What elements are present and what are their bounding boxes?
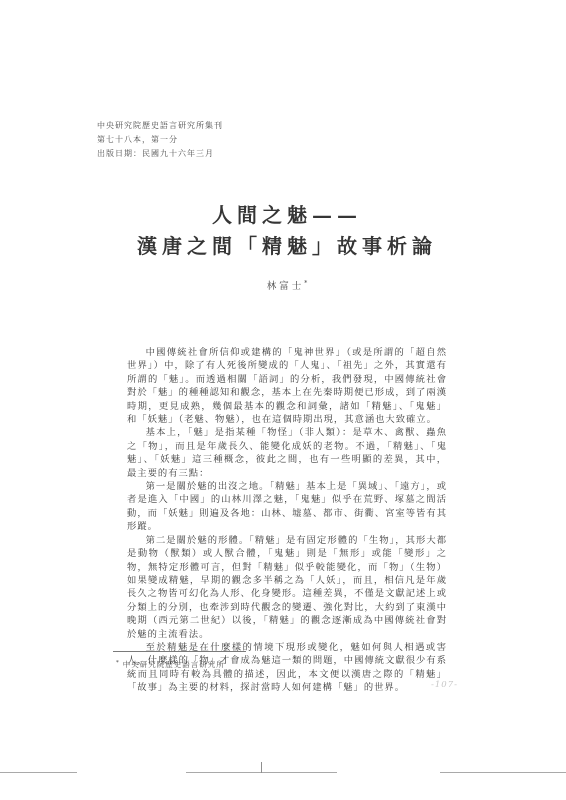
author-line: 林富士* xyxy=(110,278,464,292)
abstract-paragraph: 中國傳統社會所信仰或建構的「鬼神世界」（或是所謂的「超自然世界」）中，除了有人死… xyxy=(127,346,447,426)
footnote-text: 中央研究院歷史語言研究所 xyxy=(123,660,225,669)
journal-volume: 第七十八本，第一分 xyxy=(97,133,223,147)
author-name: 林富士 xyxy=(267,281,305,292)
abstract-paragraph: 第二是關於魅的形體。「精魅」是有固定形體的「生物」，其形大都是動物（獸類）或人獸… xyxy=(127,534,447,641)
journal-name: 中央研究院歷史語言研究所集刊 xyxy=(97,119,223,133)
scanned-journal-page: 中央研究院歷史語言研究所集刊 第七十八本，第一分 出版日期：民國九十六年三月 人… xyxy=(0,0,566,800)
article-title-line2: 漢唐之間「精魅」故事析論 xyxy=(110,231,464,262)
scan-crop-mark-right xyxy=(440,772,566,773)
footnote: *中央研究院歷史語言研究所 xyxy=(116,659,225,670)
article-title-line1: 人間之魅—— xyxy=(110,200,464,231)
scan-center-tick xyxy=(261,762,262,773)
author-footnote-marker: * xyxy=(304,280,307,287)
journal-pub-date: 出版日期：民國九十六年三月 xyxy=(97,147,223,161)
footnote-marker: * xyxy=(116,660,120,666)
footnote-separator xyxy=(113,651,246,652)
page-number: -107- xyxy=(431,680,458,690)
journal-header: 中央研究院歷史語言研究所集刊 第七十八本，第一分 出版日期：民國九十六年三月 xyxy=(97,119,223,161)
abstract-paragraph: 基本上，「魅」是指某種「物怪」（非人類）：是草木、禽獸、蟲魚之「物」，而且是年歲… xyxy=(127,426,447,480)
scan-crop-mark-left xyxy=(0,772,77,773)
article-title: 人間之魅—— 漢唐之間「精魅」故事析論 xyxy=(110,200,464,262)
abstract-paragraph: 第一是關於魅的出沒之地。「精魅」基本上是「異域」、「遠方」，或者是進入「中國」的… xyxy=(127,480,447,534)
abstract-body: 中國傳統社會所信仰或建構的「鬼神世界」（或是所謂的「超自然世界」）中，除了有人死… xyxy=(127,346,447,695)
